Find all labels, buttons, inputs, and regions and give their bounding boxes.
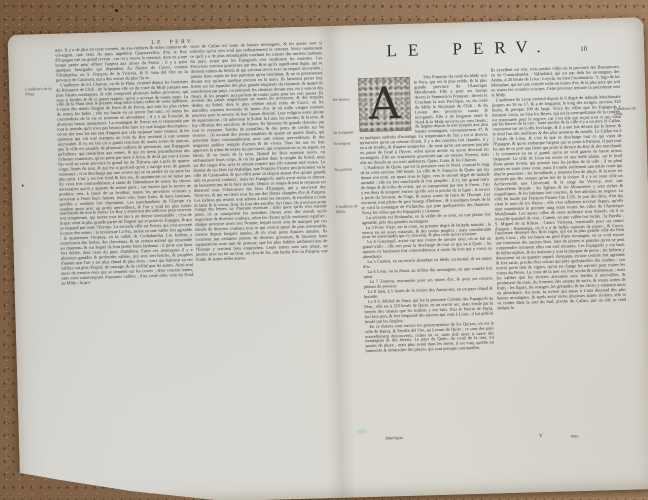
right-column-1: APres Popayan du costé du Midy suit le P… bbox=[358, 69, 497, 434]
right-text-block: APres Popayan du costé du Midy suit le P… bbox=[358, 65, 630, 434]
margin-note-sa-largeur: Sa largeur. bbox=[334, 141, 357, 146]
dropcap-letter-A: A bbox=[368, 82, 401, 127]
margin-note-sa-longueur: Sa Longueur. bbox=[333, 130, 356, 135]
margin-note-audience-quito: L'audience de Quito. bbox=[335, 204, 358, 214]
ink-speck-on-page bbox=[22, 185, 24, 187]
ornamental-dropcap: A bbox=[358, 77, 411, 132]
dust-speck bbox=[115, 9, 118, 12]
signature-title: Amerique. bbox=[385, 435, 404, 441]
scanned-book-spread: { "document_type": "antique atlas text p… bbox=[0, 0, 648, 500]
paper-stain bbox=[357, 429, 367, 433]
right-column-2: Ils excellent sur tout, trois petites vi… bbox=[491, 65, 630, 430]
margin-note-ses-parties: Ses parties. bbox=[334, 167, 357, 172]
paper-spread: LE PERV. L'audience de la Plata. mes. Il… bbox=[8, 17, 648, 500]
folio-number: 10 bbox=[580, 45, 587, 53]
margin-note-ses-bornes: Ses bornes. bbox=[332, 97, 355, 102]
right-running-head: LE PERV. bbox=[338, 35, 600, 62]
catchword: mer, bbox=[571, 433, 579, 438]
left-column-2: vince de Callao est toute de hautes mont… bbox=[190, 41, 331, 363]
left-margin-note: L'audience de la Plata. bbox=[25, 87, 54, 97]
left-column-1: mes. Il y a de plus en ceste contrée, de… bbox=[55, 45, 196, 367]
left-text-block: mes. Il y a de plus en ceste contrée, de… bbox=[55, 41, 331, 366]
signature-letter: V bbox=[539, 433, 543, 439]
